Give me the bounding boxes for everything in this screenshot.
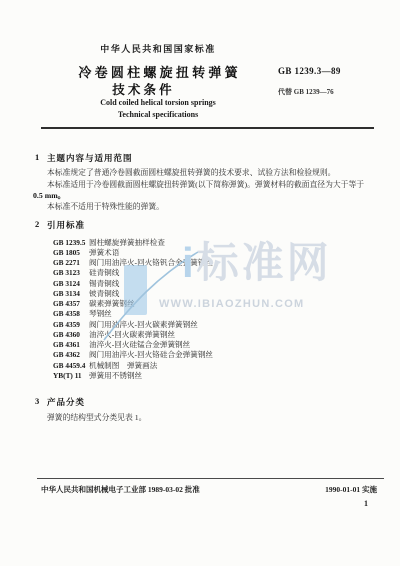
reference-item: GB 4459.4机械制图 弹簧画法 [53,361,373,371]
section3-number: 3 [35,396,39,406]
page-number: 1 [364,499,368,508]
reference-code: GB 3134 [53,289,89,299]
reference-item: GB 4359阀门用油淬火-回火碳素弹簧钢丝 [53,320,373,330]
reference-title: 油淬火-回火碳素弹簧钢丝 [89,330,175,340]
referenced-standards-list: GB 1239.5圆柱螺旋弹簧抽样检查 GB 1805弹簧术语 GB 2271阀… [53,238,373,382]
reference-title: 碳素弹簧钢丝 [89,299,135,309]
reference-title: 阀门用油淬火-回火碳素弹簧钢丝 [89,320,198,330]
reference-code: GB 1805 [53,248,89,258]
reference-code: GB 4459.4 [53,361,89,371]
section1-paragraph1: 本标准规定了普通冷卷圆截面圆柱螺旋扭转弹簧的技术要求、试验方法和检验规则。 [47,167,335,178]
reference-title: 机械制图 弹簧画法 [89,361,157,371]
replaces-standard-label: 代替 GB 1239—76 [278,87,334,97]
footer-divider [37,478,384,479]
section1-paragraph2: 本标准适用于冷卷圆截面圆柱螺旋扭转弹簧(以下简称弹簧)。弹簧材料的截面直径为大于… [47,179,364,190]
section1-paragraph2-bold-value: 0.5 mm。 [33,190,65,201]
section2-heading: 引用标准 [47,219,85,231]
reference-item: GB 4360油淬火-回火碳素弹簧钢丝 [53,330,373,340]
reference-code: GB 2271 [53,258,89,268]
reference-item: GB 3123硅青铜线 [53,268,373,278]
document-title-cn-line2: 技 术 条 件 [0,80,284,98]
reference-item: GB 1805弹簧术语 [53,248,373,258]
reference-code: GB 1239.5 [53,238,89,248]
approval-statement: 中华人民共和国机械电子工业部 1989-03-02 批准 [41,484,200,495]
reference-title: 铍青铜线 [89,289,119,299]
reference-item: YB(T) 11弹簧用不锈钢丝 [53,371,373,381]
header-divider [41,127,374,129]
section2-number: 2 [35,219,39,229]
reference-code: YB(T) 11 [53,371,89,381]
reference-title: 琴钢丝 [89,309,112,319]
reference-title: 锡青铜线 [89,279,119,289]
section1-paragraph3: 本标准不适用于特殊性能的弹簧。 [47,201,164,212]
reference-item: GB 1239.5圆柱螺旋弹簧抽样检查 [53,238,373,248]
section1-heading: 主题内容与适用范围 [47,152,133,164]
section3-paragraph1: 弹簧的结构型式分类见表 1。 [47,412,146,423]
national-standard-label: 中华人民共和国国家标准 [0,42,316,55]
document-title-en-line2: Technical specifications [0,110,316,119]
reference-title: 圆柱螺旋弹簧抽样检查 [89,238,165,248]
reference-item: GB 4357碳素弹簧钢丝 [53,299,373,309]
reference-item: GB 2271阀门用油淬火-回火铬钒合金弹簧钢丝 [53,258,373,268]
reference-title: 硅青铜线 [89,268,119,278]
implementation-date: 1990-01-01 实施 [325,484,377,495]
reference-code: GB 4358 [53,309,89,319]
reference-item: GB 3124锡青铜线 [53,279,373,289]
reference-item: GB 4362阀门用油淬火-回火铬硅合金弹簧钢丝 [53,350,373,360]
document-title-en-line1: Cold coiled helical torsion springs [0,98,316,107]
reference-item: GB 4358琴钢丝 [53,309,373,319]
standard-number: GB 1239.3—89 [278,66,341,76]
section3-heading: 产品分类 [47,396,85,408]
reference-code: GB 3123 [53,268,89,278]
reference-title: 油淬火-回火硅锰合金弹簧钢丝 [89,340,190,350]
reference-code: GB 4357 [53,299,89,309]
reference-title: 阀门用油淬火-回火铬钒合金弹簧钢丝 [89,258,213,268]
reference-code: GB 4359 [53,320,89,330]
reference-title: 阀门用油淬火-回火铬硅合金弹簧钢丝 [89,350,213,360]
reference-item: GB 3134铍青铜线 [53,289,373,299]
reference-code: GB 3124 [53,279,89,289]
reference-code: GB 4360 [53,330,89,340]
reference-title: 弹簧用不锈钢丝 [89,371,142,381]
reference-code: GB 4361 [53,340,89,350]
section1-number: 1 [35,152,39,162]
document-title-cn-line1: 冷 卷 圆 柱 螺 旋 扭 转 弹 簧 [0,62,316,81]
reference-code: GB 4362 [53,350,89,360]
document-page: 中华人民共和国国家标准 冷 卷 圆 柱 螺 旋 扭 转 弹 簧 技 术 条 件 … [0,0,400,566]
reference-item: GB 4361油淬火-回火硅锰合金弹簧钢丝 [53,340,373,350]
reference-title: 弹簧术语 [89,248,119,258]
